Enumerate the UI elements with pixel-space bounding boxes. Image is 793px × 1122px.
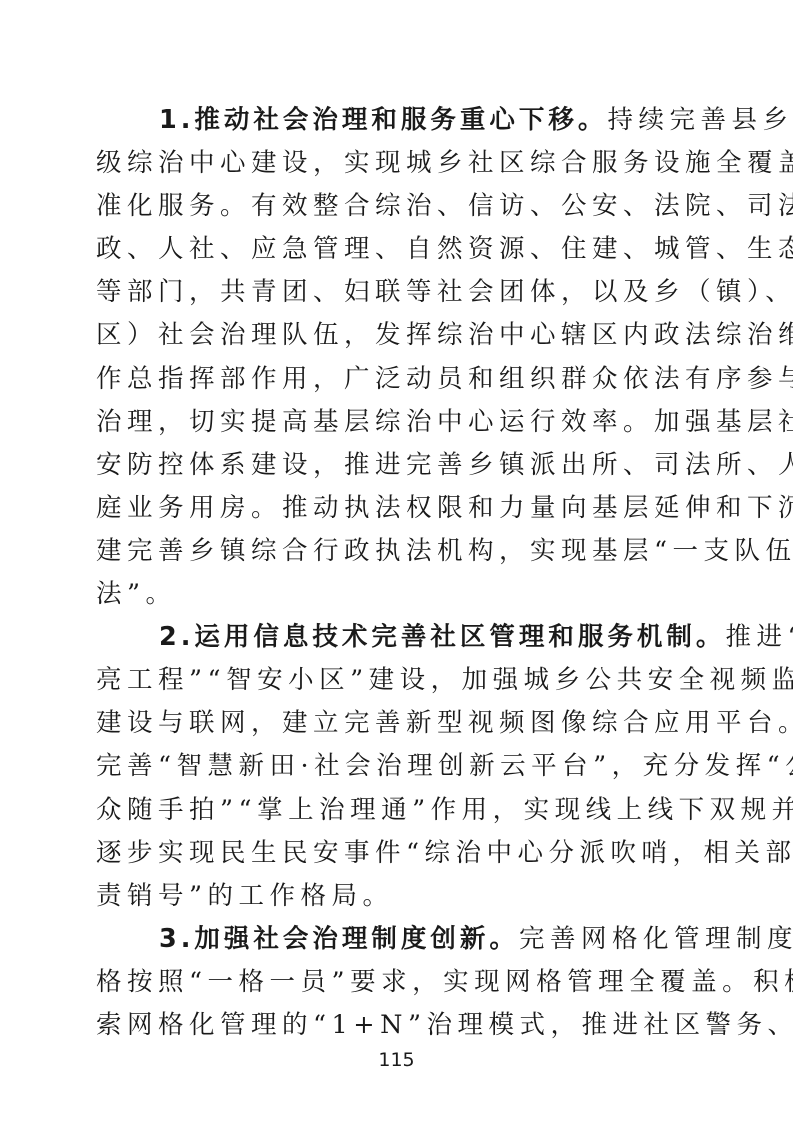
paragraph-line: 治理，切实提高基层综治中心运行效率。加强基层社会治: [96, 401, 700, 444]
paragraph-line: 索网格化管理的“1+N”治理模式，推进社区警务、禁毒、: [96, 1004, 700, 1047]
paragraph-line: 法”。: [96, 573, 700, 616]
section-2-text: 推进“雪: [725, 622, 793, 652]
paragraph-line: 格按照“一格一员”要求，实现网格管理全覆盖。积极探: [96, 961, 700, 1004]
paragraph-line: 建完善乡镇综合行政执法机构，实现基层“一支队伍管执: [96, 530, 700, 573]
section-3-heading: 3.加强社会治理制度创新。: [159, 924, 519, 954]
section-3-first-line: 3.加强社会治理制度创新。完善网格化管理制度，严: [96, 918, 700, 961]
paragraph-line: 级综治中心建设，实现城乡社区综合服务设施全覆盖和标: [96, 142, 700, 185]
paragraph-line: 政、人社、应急管理、自然资源、住建、城管、生态环境: [96, 228, 700, 271]
paragraph-line: 等部门，共青团、妇联等社会团体，以及乡（镇）、村（社: [96, 271, 700, 314]
page-number: 115: [0, 1049, 793, 1071]
paragraph-line: 安防控体系建设，推进完善乡镇派出所、司法所、人民法: [96, 444, 700, 487]
section-1-text: 持续完善县乡村三: [607, 105, 793, 135]
section-3-text: 完善网格化管理制度，严: [519, 924, 793, 954]
section-1-heading: 1.推动社会治理和服务重心下移。: [159, 105, 607, 135]
section-2-first-line: 2.运用信息技术完善社区管理和服务机制。推进“雪: [96, 616, 700, 659]
paragraph-line: 责销号”的工作格局。: [96, 875, 700, 918]
paragraph-line: 建设与联网，建立完善新型视频图像综合应用平台。提质: [96, 702, 700, 745]
paragraph-line: 作总指挥部作用，广泛动员和组织群众依法有序参与社会: [96, 358, 700, 401]
section-1-first-line: 1.推动社会治理和服务重心下移。持续完善县乡村三: [96, 99, 700, 142]
paragraph-line: 准化服务。有效整合综治、信访、公安、法院、司法、民: [96, 185, 700, 228]
document-page: 1.推动社会治理和服务重心下移。持续完善县乡村三 级综治中心建设，实现城乡社区综…: [0, 0, 793, 1122]
paragraph-line: 区）社会治理队伍，发挥综治中心辖区内政法综治维稳工: [96, 314, 700, 357]
body-text: 1.推动社会治理和服务重心下移。持续完善县乡村三 级综治中心建设，实现城乡社区综…: [96, 99, 700, 1047]
paragraph-line: 逐步实现民生民安事件“综治中心分派吹哨，相关部门依: [96, 832, 700, 875]
paragraph-line: 庭业务用房。推动执法权限和力量向基层延伸和下沉，组: [96, 487, 700, 530]
paragraph-line: 众随手拍”“掌上治理通”作用，实现线上线下双规并行，: [96, 789, 700, 832]
section-2-heading: 2.运用信息技术完善社区管理和服务机制。: [159, 622, 725, 652]
paragraph-line: 亮工程”“智安小区”建设，加强城乡公共安全视频监控: [96, 659, 700, 702]
paragraph-line: 完善“智慧新田·社会治理创新云平台”，充分发挥“公: [96, 745, 700, 788]
